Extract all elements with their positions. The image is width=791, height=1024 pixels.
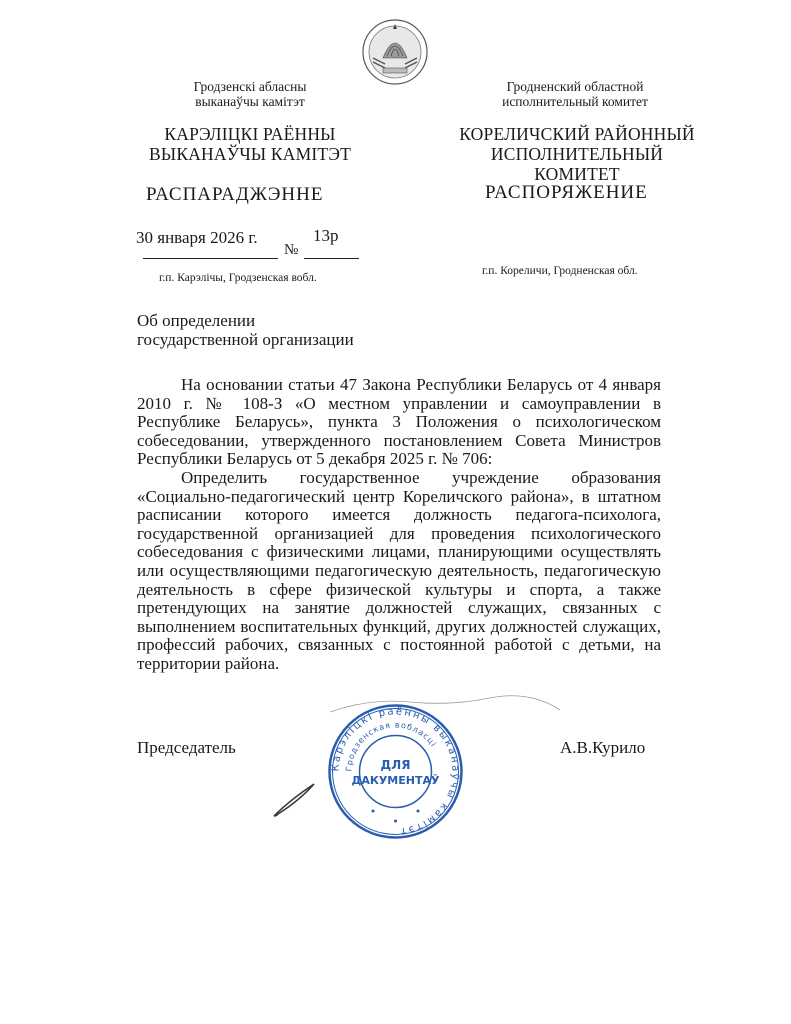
number-underline — [304, 258, 359, 259]
right-org-line2: ИСПОЛНИТЕЛЬНЫЙ КОМИТЕТ — [446, 144, 708, 184]
right-region-line2: исполнительный комитет — [470, 94, 680, 109]
date-underline — [143, 258, 278, 259]
right-org-name: КОРЕЛИЧСКИЙ РАЙОННЫЙ ИСПОЛНИТЕЛЬНЫЙ КОМИ… — [446, 124, 708, 184]
document-subject: Об определении государственной организац… — [137, 311, 354, 349]
handwritten-signature — [270, 780, 320, 820]
subject-line1: Об определении — [137, 311, 354, 330]
left-org-line1: КАРЭЛІЦКІ РАЁННЫ — [130, 124, 370, 144]
right-region-line1: Гродненский областной — [470, 79, 680, 94]
svg-text:ДЛЯ: ДЛЯ — [381, 758, 411, 772]
document-body: На основании статьи 47 Закона Республики… — [137, 376, 661, 674]
right-location: г.п. Кореличи, Гродненская обл. — [482, 265, 638, 277]
body-paragraph-2: Определить государственное учреждение об… — [137, 469, 661, 674]
left-org-name: КАРЭЛІЦКІ РАЁННЫ ВЫКАНАЎЧЫ КАМІТЭТ — [130, 124, 370, 164]
left-org-line2: ВЫКАНАЎЧЫ КАМІТЭТ — [130, 144, 370, 164]
signatory-name: А.В.Курило — [560, 738, 645, 758]
svg-text:ДАКУМЕНТАЎ: ДАКУМЕНТАЎ — [352, 774, 440, 787]
right-org-line1: КОРЕЛИЧСКИЙ РАЙОННЫЙ — [446, 124, 708, 144]
official-stamp: Карэліцкі раённы выканаўчы камітэт Гродз… — [327, 703, 464, 840]
left-region-line2: выканаўчы камітэт — [160, 94, 340, 109]
left-location: г.п. Карэлічы, Гродзенская вобл. — [159, 272, 317, 284]
state-emblem-icon — [361, 18, 429, 86]
signatory-position: Председатель — [137, 738, 236, 758]
document-number: 13р — [313, 226, 339, 246]
number-sign: № — [284, 242, 298, 259]
right-doc-type: РАСПОРЯЖЕНИЕ — [485, 182, 648, 204]
right-region-name: Гродненский областной исполнительный ком… — [470, 79, 680, 109]
left-region-name: Гродзенскі абласны выканаўчы камітэт — [160, 79, 340, 109]
left-doc-type: РАСПАРАДЖЭННЕ — [146, 184, 323, 206]
left-region-line1: Гродзенскі абласны — [160, 79, 340, 94]
document-date: 30 января 2026 г. — [136, 228, 258, 248]
subject-line2: государственной организации — [137, 330, 354, 349]
body-paragraph-1: На основании статьи 47 Закона Республики… — [137, 376, 661, 469]
